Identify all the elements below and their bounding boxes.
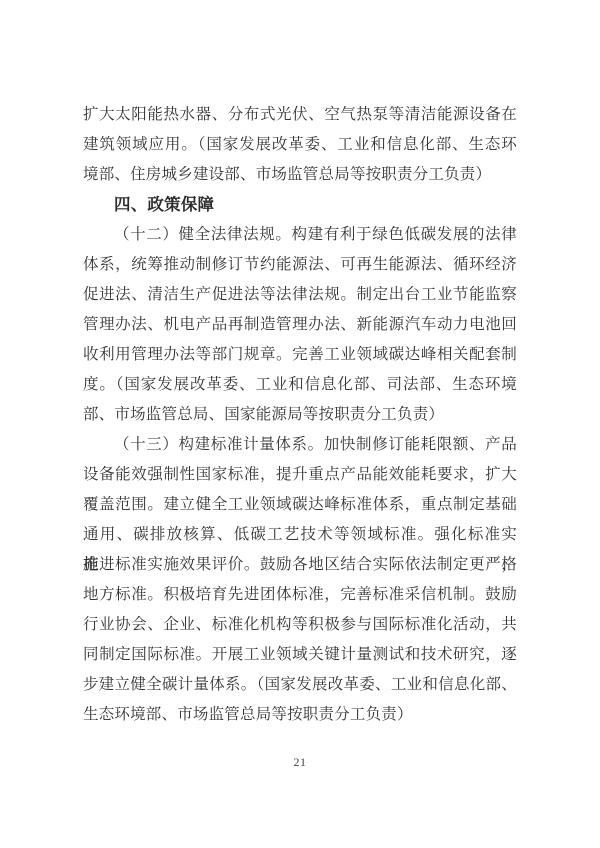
text-line: 建筑领域应用。（国家发展改革委、工业和信息化部、生态环	[83, 130, 517, 160]
text-line: 同制定国际标准。开展工业领域关键计量测试和技术研究，逐	[83, 640, 517, 670]
text-line: 收利用管理办法等部门规章。完善工业领域碳达峰相关配套制	[83, 340, 517, 370]
text-line: 体系，统筹推动制修订节约能源法、可再生能源法、循环经济	[83, 250, 517, 280]
text-line: 部、市场监管总局、国家能源局等按职责分工负责）	[83, 400, 517, 430]
text-line: （十三）构建标准计量体系。加快制修订能耗限额、产品	[83, 430, 517, 460]
text-line: 推进标准实施效果评价。鼓励各地区结合实际依法制定更严格	[83, 550, 517, 580]
document-body: 扩大太阳能热水器、分布式光伏、空气热泵等清洁能源设备在 建筑领域应用。（国家发展…	[83, 100, 517, 730]
document-page: 扩大太阳能热水器、分布式光伏、空气热泵等清洁能源设备在 建筑领域应用。（国家发展…	[0, 0, 600, 848]
text-line: 生态环境部、市场监管总局等按职责分工负责）	[83, 700, 517, 730]
text-line: 境部、住房城乡建设部、市场监管总局等按职责分工负责）	[83, 160, 517, 190]
section-heading: 四、政策保障	[83, 190, 517, 220]
text-line: 覆盖范围。建立健全工业领域碳达峰标准体系，重点制定基础	[83, 490, 517, 520]
text-line: 地方标准。积极培育先进团体标准，完善标准采信机制。鼓励	[83, 580, 517, 610]
text-line: 扩大太阳能热水器、分布式光伏、空气热泵等清洁能源设备在	[83, 100, 517, 130]
text-line: （十二）健全法律法规。构建有利于绿色低碳发展的法律	[83, 220, 517, 250]
text-line: 促进法、清洁生产促进法等法律法规。制定出台工业节能监察	[83, 280, 517, 310]
text-line: 度。（国家发展改革委、工业和信息化部、司法部、生态环境	[83, 370, 517, 400]
text-line: 步建立健全碳计量体系。（国家发展改革委、工业和信息化部、	[83, 670, 517, 700]
page-number: 21	[0, 752, 600, 772]
text-line: 管理办法、机电产品再制造管理办法、新能源汽车动力电池回	[83, 310, 517, 340]
text-line: 行业协会、企业、标准化机构等积极参与国际标准化活动，共	[83, 610, 517, 640]
text-line: 设备能效强制性国家标准，提升重点产品能效能耗要求，扩大	[83, 460, 517, 490]
text-line: 通用、碳排放核算、低碳工艺技术等领域标准。强化标准实施，	[83, 520, 517, 550]
